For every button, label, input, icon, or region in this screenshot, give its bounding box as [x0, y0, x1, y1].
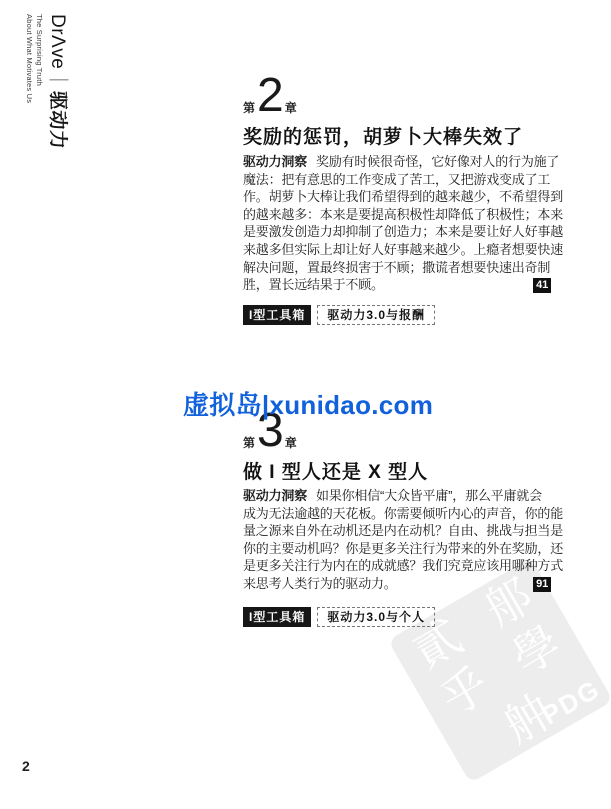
chapter-suffix: 章 — [285, 436, 297, 451]
brand-english: DrΛve — [47, 14, 68, 69]
chapter-3-title: 做 I 型人还是 X 型人 — [243, 457, 428, 484]
chapter-2-summary: 驱动力洞察奖励有时候很奇怪，它好像对人的行为施了 魔法：把有意思的工作变成了苦工… — [243, 153, 549, 295]
page-reference-badge: 91 — [533, 577, 551, 592]
text-line: 成为无法逾越的天花板。你需要倾听内心的声音，你的能 — [243, 505, 549, 523]
text-line: 是更多关注行为内在的成就感？我们究竟应该用哪种方式 — [243, 557, 549, 575]
chapter-suffix: 章 — [285, 101, 297, 116]
spine-subtitle-line: The Surprising Truth — [35, 14, 45, 149]
text-line: 你的主要动机吗？你是更多关注行为带来的外在奖励，还 — [243, 540, 549, 558]
toolbox-badge: I型工具箱 — [243, 607, 311, 627]
text-line: 胜，置长远结果于不顾。 — [243, 276, 549, 294]
lead-in-label: 驱动力洞察 — [243, 488, 307, 503]
text-line: 是要激发创造力却抑制了创造力；本来是要让好人好事越 — [243, 223, 549, 241]
chapter-3-toolbox: I型工具箱 驱动力3.0与个人 — [243, 607, 435, 627]
text-line: 的越来越多：本来是要提高积极性却降低了积极性；本来 — [243, 206, 549, 224]
text-line: 量之源来自外在动机还是内在动机？自由、挑战与担当是 — [243, 522, 549, 540]
chapter-3-heading: 第 3 章 做 I 型人还是 X 型人 — [243, 413, 428, 484]
toolbox-topic: 驱动力3.0与个人 — [317, 607, 435, 627]
book-spine-logo: DrΛve｜驱动力 The Surprising Truth About Wha… — [25, 14, 68, 149]
lead-in-label: 驱动力洞察 — [243, 154, 307, 169]
chapter-2-title: 奖励的惩罚，胡萝卜大棒失效了 — [243, 122, 523, 149]
spine-subtitle-line: About What Motivates Us — [25, 14, 35, 149]
chapter-2-number: 第 2 章 — [243, 78, 523, 116]
text-line: 驱动力洞察如果你相信“大众皆平庸”，那么平庸就会 — [243, 487, 549, 505]
chapter-prefix: 第 — [243, 101, 255, 116]
text-line: 作。胡萝卜大棒让我们希望得到的越来越少，不希望得到 — [243, 188, 549, 206]
text-segment: 如果你相信“大众皆平庸”，那么平庸就会 — [316, 488, 542, 503]
site-watermark: 虚拟岛|xunidao.com — [183, 391, 433, 419]
spine-subtitle: The Surprising Truth About What Motivate… — [25, 14, 44, 149]
book-page-scan: 貳 郍 乎 學 舯 PDG DrΛve｜驱动力 The Surprising T… — [0, 0, 611, 809]
chapter-2-toolbox: I型工具箱 驱动力3.0与报酬 — [243, 305, 435, 325]
text-line: 来思考人类行为的驱动力。 — [243, 575, 549, 593]
text-segment: 奖励有时候很奇怪，它好像对人的行为施了 — [316, 154, 559, 169]
page-reference-badge: 41 — [533, 278, 551, 293]
spine-brand: DrΛve｜驱动力 — [46, 14, 68, 149]
brand-separator: ｜ — [47, 70, 68, 90]
page-number: 2 — [22, 758, 30, 774]
chapter-number-big: 2 — [257, 76, 283, 116]
text-line: 来越多但实际上却让好人好事越来越少。上瘾者想要快速 — [243, 241, 549, 259]
toolbox-badge: I型工具箱 — [243, 305, 311, 325]
text-line: 驱动力洞察奖励有时候很奇怪，它好像对人的行为施了 — [243, 153, 549, 171]
text-line: 解决问题，置最终损害于不顾；撒谎者想要快速出奇制 — [243, 259, 549, 277]
chapter-2-heading: 第 2 章 奖励的惩罚，胡萝卜大棒失效了 — [243, 78, 523, 149]
toolbox-topic: 驱动力3.0与报酬 — [317, 305, 435, 325]
chapter-prefix: 第 — [243, 436, 255, 451]
brand-chinese: 驱动力 — [47, 91, 68, 150]
text-line: 魔法：把有意思的工作变成了苦工，又把游戏变成了工 — [243, 171, 549, 189]
chapter-3-summary: 驱动力洞察如果你相信“大众皆平庸”，那么平庸就会 成为无法逾越的天花板。你需要倾… — [243, 487, 549, 594]
